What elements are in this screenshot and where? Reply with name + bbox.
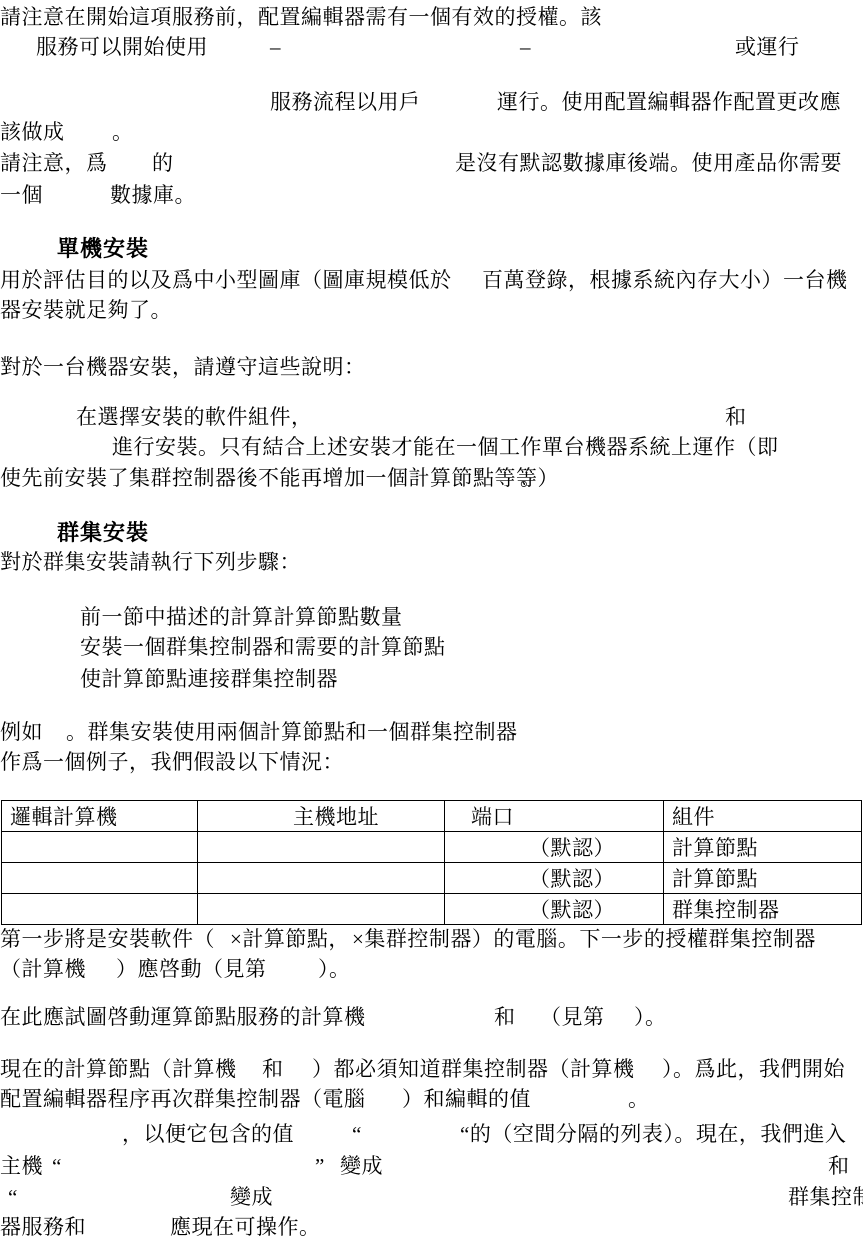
- text-run: 進行安裝。只有結合上述安裝才能在一個工作單台機器系統上運作（即: [112, 434, 779, 461]
- text-line: 群集安裝: [0, 519, 863, 547]
- text-line: （計算機）應啓動（見第）。: [0, 956, 863, 984]
- table-cell: [2, 863, 198, 894]
- text-run: 服務流程以用戶: [270, 89, 421, 116]
- text-run: “: [52, 1153, 62, 1180]
- text-line: 進行安裝。只有結合上述安裝才能在一個工作單台機器系統上運作（即: [0, 434, 863, 462]
- text-line: 主機“”變成和: [0, 1153, 863, 1181]
- text-line: 在選擇安裝的軟件組件，和: [0, 404, 863, 432]
- text-run: 器服務和: [0, 1214, 86, 1237]
- text-line: 安裝一個群集控制器和需要的計算節點: [0, 634, 863, 662]
- text-line: 服務流程以用戶運行。使用配置編輯器作配置更改應: [0, 89, 863, 117]
- text-run: 的: [152, 150, 174, 177]
- text-run: ”: [315, 1153, 325, 1180]
- text-line: 服務可以開始使用––或運行: [0, 34, 863, 62]
- text-line: ，以便它包含的值““的（空間分隔的列表）。現在，我們進入: [0, 1121, 863, 1149]
- text-run: ）都必須知道群集控制器（計算機: [312, 1056, 635, 1083]
- text-line: 配置編輯器程序再次群集控制器（電腦）和編輯的值。: [0, 1086, 863, 1114]
- text-line: 用於評估目的以及爲中小型圖庫（圖庫規模低於百萬登錄，根據系統內存大小）一台機: [0, 267, 863, 295]
- text-run: 請注意在開始這項服務前，配置編輯器需有一個有效的授權。該: [0, 4, 602, 31]
- text-run: ）應啓動（見第: [116, 956, 267, 983]
- table-header-cell: 主機地址: [198, 801, 445, 832]
- text-line: 前一節中描述的計算計算節點數量: [0, 604, 863, 632]
- text-run: 配置編輯器程序再次群集控制器（電腦: [0, 1086, 366, 1113]
- text-run: 安裝一個群集控制器和需要的計算節點: [80, 634, 446, 661]
- text-run: 和: [494, 1004, 516, 1031]
- text-run: 使計算節點連接群集控制器: [80, 666, 338, 693]
- text-run: 用於評估目的以及爲中小型圖庫（圖庫規模低於: [0, 267, 452, 294]
- text-run: 。群集安裝使用兩個計算節點和一個群集控制器: [66, 719, 518, 746]
- text-run: 和: [828, 1153, 850, 1180]
- text-line: 使計算節點連接群集控制器: [0, 666, 863, 694]
- text-line: 器服務和應現在可操作。: [0, 1214, 863, 1237]
- text-run: 對於群集安裝請執行下列步驟：: [0, 549, 301, 576]
- table-row: （默認）計算節點: [2, 832, 862, 863]
- text-line: 該做成。: [0, 119, 863, 147]
- text-run: 。: [112, 119, 134, 146]
- table-cell: 計算節點: [664, 863, 862, 894]
- table-cell: [198, 894, 445, 925]
- text-run: 和: [262, 1056, 284, 1083]
- text-run: 例如: [0, 719, 43, 746]
- text-run: ×計算節點，: [230, 926, 350, 953]
- text-run: 對於一台機器安裝，請遵守這些說明：: [0, 354, 366, 381]
- text-run: 一個: [0, 182, 43, 209]
- text-run: 現在的計算節點（計算機: [0, 1056, 237, 1083]
- text-run: ×集群控制器）的電腦。下一步的授權群集控制器: [352, 926, 816, 953]
- text-line: 作爲一個例子，我們假設以下情況：: [0, 749, 863, 777]
- text-run: 服務可以開始使用: [36, 34, 208, 61]
- text-line: 在此應試圖啓動運算節點服務的計算機和（見第）。: [0, 1004, 863, 1032]
- table-cell: （默認）: [445, 863, 664, 894]
- text-run: 使先前安裝了集群控制器後不能再增加一個計算節點等等）: [0, 465, 559, 492]
- table-cell: [2, 832, 198, 863]
- text-run: 是沒有默認數據庫後端。使用產品你需要: [455, 150, 842, 177]
- text-run: （計算機: [0, 956, 86, 983]
- text-run: “: [352, 1121, 362, 1148]
- table-cell: [198, 863, 445, 894]
- table-header-row: 邏輯計算機主機地址端口組件: [2, 801, 862, 832]
- text-run: 主機: [0, 1153, 43, 1180]
- text-line: 請注意在開始這項服務前，配置編輯器需有一個有效的授權。該: [0, 4, 863, 32]
- text-run: 應現在可操作。: [170, 1214, 321, 1237]
- table-row: （默認）計算節點: [2, 863, 862, 894]
- table-row: （默認）群集控制器: [2, 894, 862, 925]
- text-run: 百萬登錄，根據系統內存大小）一台機: [482, 267, 848, 294]
- text-line: 例如。群集安裝使用兩個計算節點和一個群集控制器: [0, 719, 863, 747]
- text-run: 該做成: [0, 119, 65, 146]
- text-run: 運行。使用配置編輯器作配置更改應: [497, 89, 841, 116]
- text-run: 數據庫。: [110, 182, 196, 209]
- table-header-cell: 邏輯計算機: [2, 801, 198, 832]
- text-run: （見第: [540, 1004, 605, 1031]
- text-line: 現在的計算節點（計算機和）都必須知道群集控制器（計算機）。爲此，我們開始: [0, 1056, 863, 1084]
- text-run: 請注意，爲: [0, 150, 108, 177]
- text-run: 變成: [340, 1153, 383, 1180]
- text-line: 使先前安裝了集群控制器後不能再增加一個計算節點等等）。: [0, 465, 863, 493]
- text-run: 和: [725, 404, 747, 431]
- text-run: 在此應試圖啓動運算節點服務的計算機: [0, 1004, 366, 1031]
- table-cell: （默認）: [445, 894, 664, 925]
- table-header-cell: 端口: [445, 801, 664, 832]
- text-run: 變成: [230, 1184, 273, 1211]
- text-run: 或運行: [735, 34, 800, 61]
- text-line: “變成群集控制: [0, 1184, 863, 1212]
- text-line: 器安裝就足夠了。: [0, 297, 863, 325]
- table-cell: [2, 894, 198, 925]
- text-run: –: [520, 34, 531, 61]
- text-line: 第一步將是安裝軟件（×計算節點，×集群控制器）的電腦。下一步的授權群集控制器: [0, 926, 863, 954]
- text-line: 單機安裝: [0, 235, 863, 263]
- text-line: 一個數據庫。: [0, 182, 863, 210]
- text-run: 群集控制: [788, 1184, 863, 1211]
- text-run: ）。: [634, 1004, 667, 1031]
- section-heading: 單機安裝: [57, 235, 149, 262]
- text-line: 對於群集安裝請執行下列步驟：: [0, 549, 863, 577]
- text-run: “的（空間分隔的列表）。現在，我們進入: [460, 1121, 846, 1148]
- text-run: 。: [628, 1086, 650, 1113]
- section-heading: 群集安裝: [57, 519, 149, 546]
- text-run: ）。: [318, 956, 351, 983]
- document-page: 請注意在開始這項服務前，配置編輯器需有一個有效的授權。該服務可以開始使用––或運…: [0, 0, 863, 1237]
- text-line: 請注意，爲的是沒有默認數據庫後端。使用產品你需要: [0, 150, 863, 178]
- text-run: 在選擇安裝的軟件組件，: [76, 404, 313, 431]
- text-run: 第一步將是安裝軟件（: [0, 926, 215, 953]
- text-line: 對於一台機器安裝，請遵守這些說明：: [0, 354, 863, 382]
- cluster-config-table: 邏輯計算機主機地址端口組件（默認）計算節點（默認）計算節點（默認）群集控制器: [1, 800, 862, 925]
- table-header-cell: 組件: [664, 801, 862, 832]
- table-cell: （默認）: [445, 832, 664, 863]
- text-run: ，以便它包含的值: [122, 1121, 294, 1148]
- table-cell: 計算節點: [664, 832, 862, 863]
- text-run: 作爲一個例子，我們假設以下情況：: [0, 749, 344, 776]
- text-run: 器安裝就足夠了。: [0, 297, 172, 324]
- table-cell: [198, 832, 445, 863]
- text-run: –: [270, 34, 281, 61]
- text-run: ）。爲此，我們開始: [662, 1056, 845, 1083]
- table-cell: 群集控制器: [664, 894, 862, 925]
- text-run: ）和編輯的值: [402, 1086, 531, 1113]
- text-run: 前一節中描述的計算計算節點數量: [80, 604, 403, 631]
- text-run: 。: [520, 465, 542, 492]
- text-run: “: [8, 1184, 18, 1211]
